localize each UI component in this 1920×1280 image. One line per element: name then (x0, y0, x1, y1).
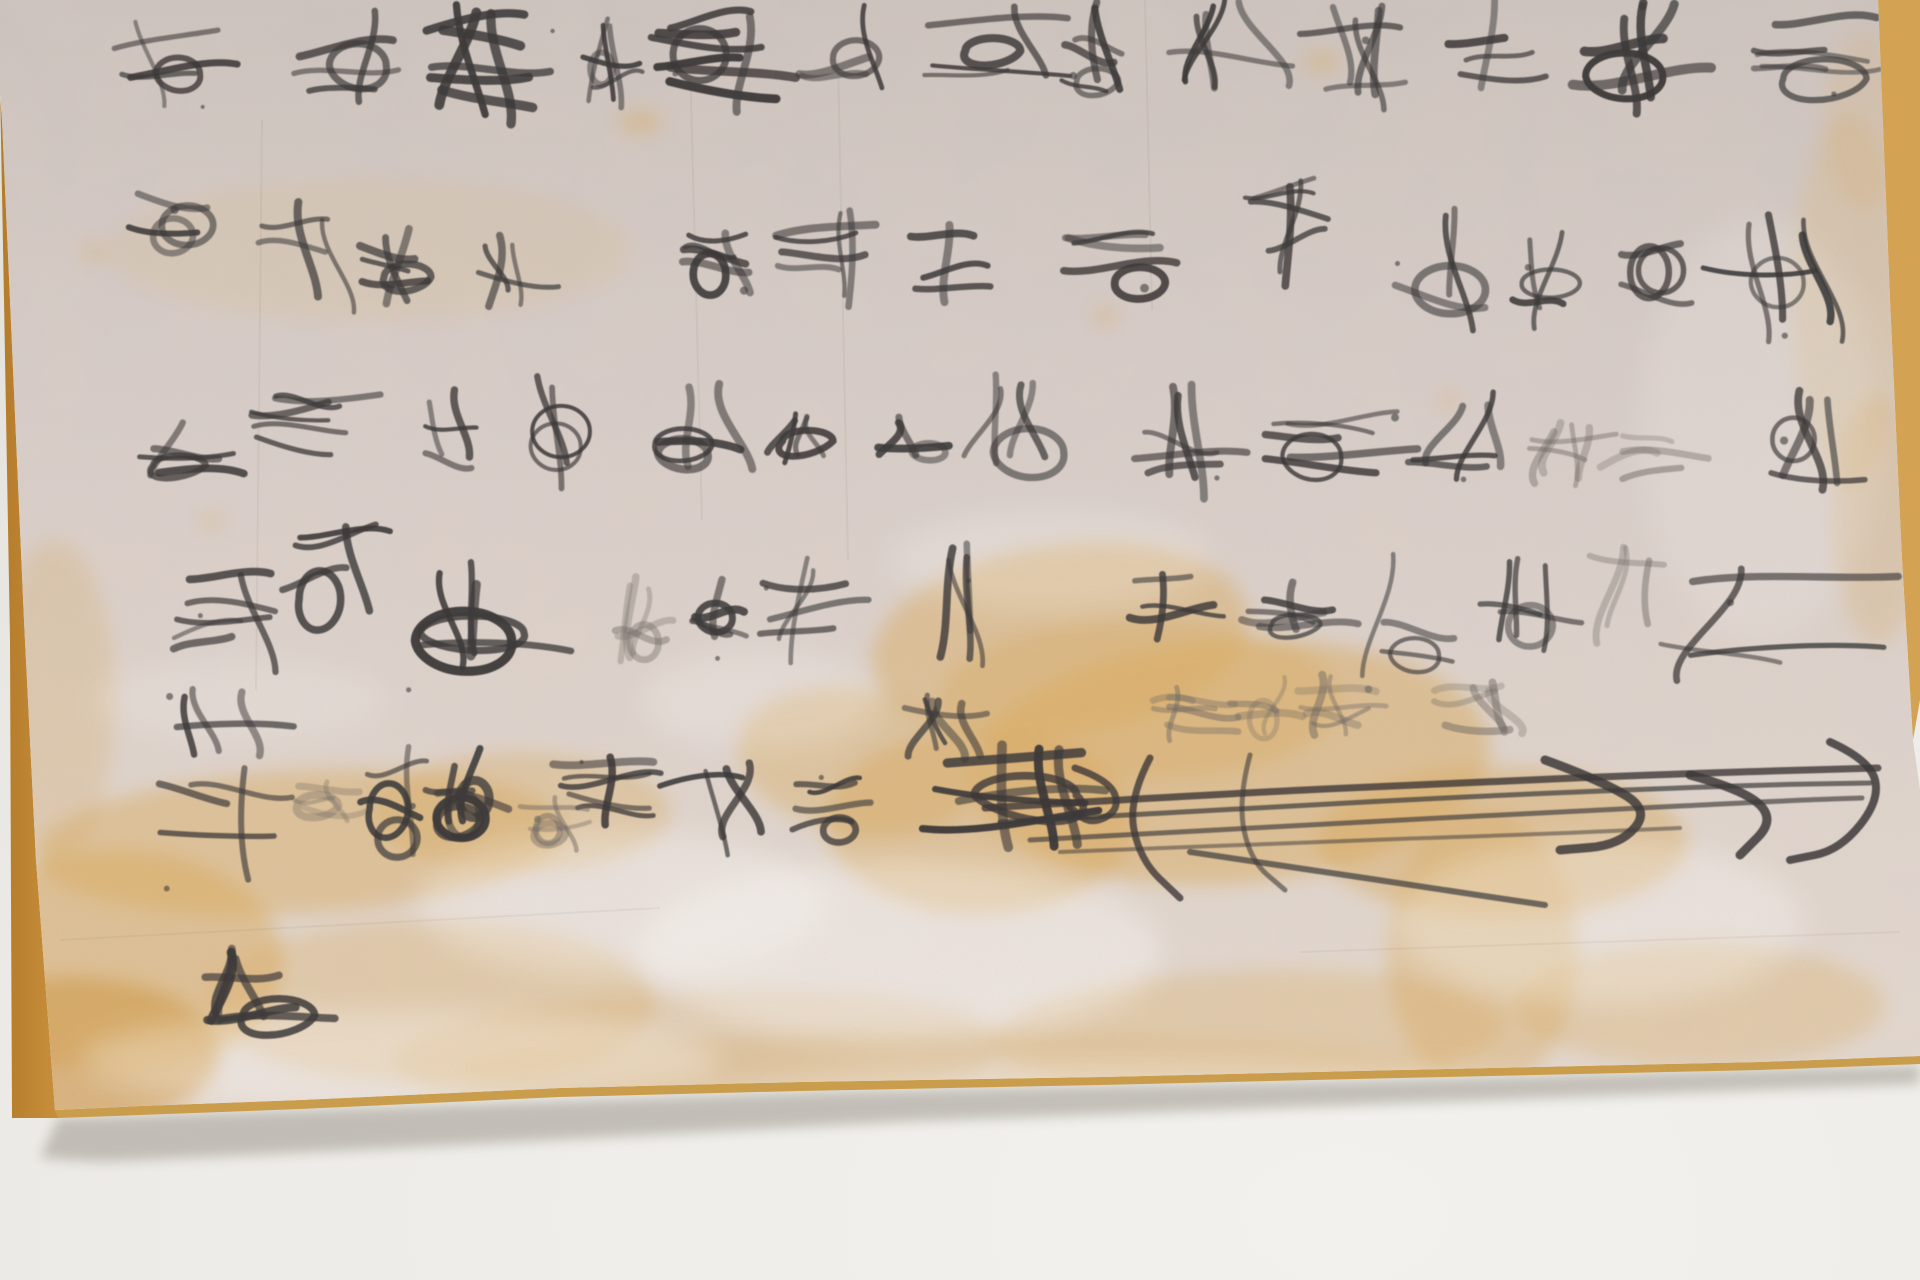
manuscript-photo-canvas (0, 0, 1920, 1280)
photo-of-manuscript (0, 0, 1920, 1280)
